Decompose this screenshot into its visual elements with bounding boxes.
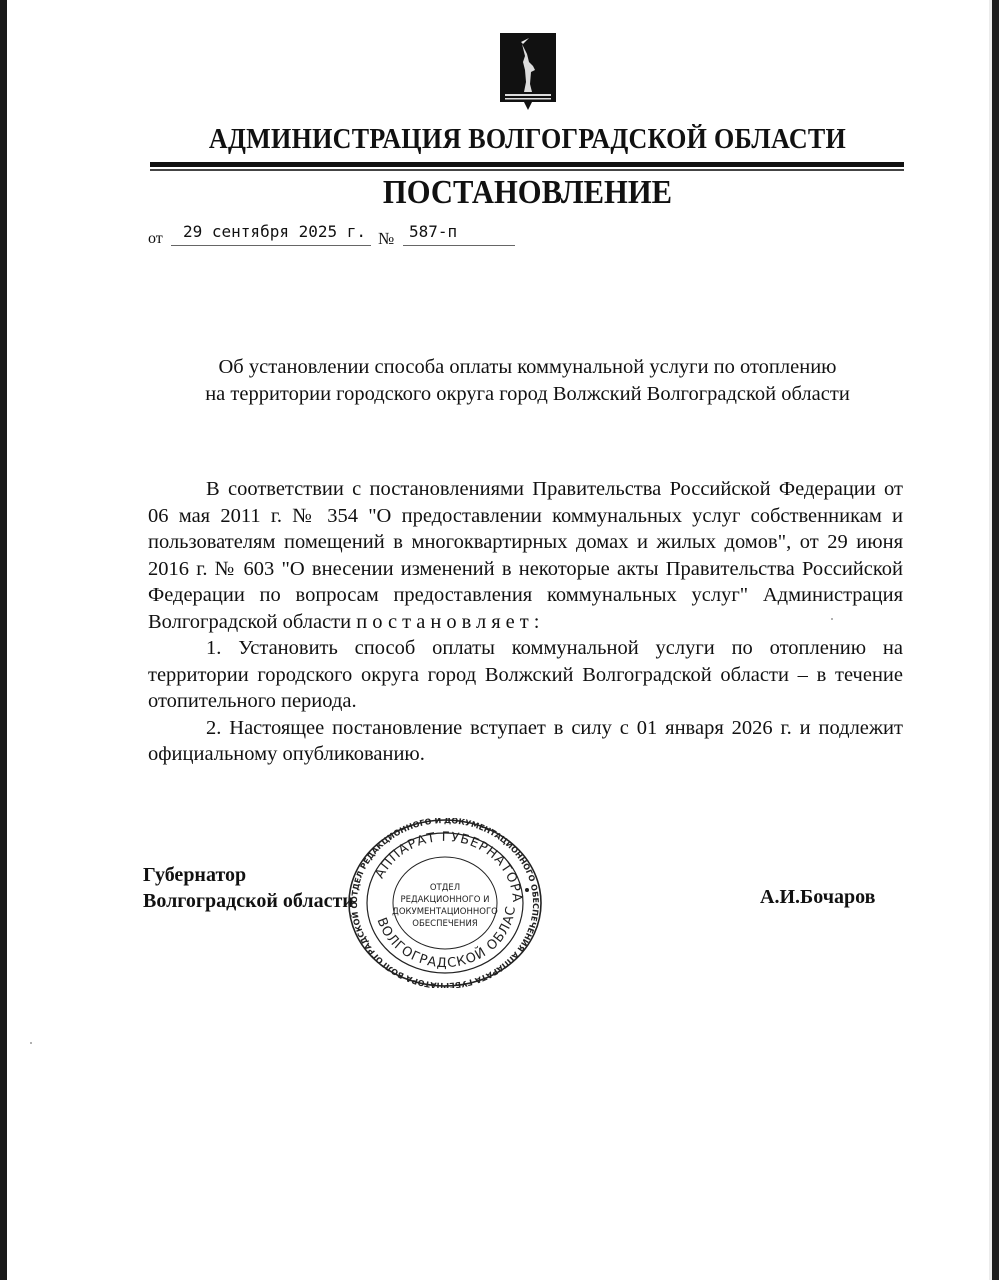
document-number: 587-п — [403, 222, 515, 246]
organization-title: АДМИНИСТРАЦИЯ ВОЛГОГРАДСКОЙ ОБЛАСТИ — [176, 124, 878, 156]
stamp-center-line-3: ДОКУМЕНТАЦИОННОГО — [392, 907, 498, 917]
signatory-title-line-2: Волгоградской области — [143, 888, 354, 914]
date-prefix: от — [148, 230, 163, 248]
number-sign: № — [378, 229, 394, 249]
preamble-text: В соответствии с постановлениями Правите… — [148, 478, 903, 633]
document-subject: Об установлении способа оплаты коммуналь… — [150, 354, 905, 408]
item-2: 2. Настоящее постановление вступает в си… — [148, 715, 903, 768]
document-type: ПОСТАНОВЛЕНИЕ — [188, 174, 868, 212]
official-stamp: ОТДЕЛ РЕДАКЦИОННОГО И ДОКУМЕНТАЦИОННОГО … — [345, 818, 545, 988]
document-body: В соответствии с постановлениями Правите… — [148, 476, 903, 768]
header-rule-thin — [150, 169, 904, 171]
scan-speck — [30, 1042, 32, 1044]
header-rule-thick — [150, 162, 904, 167]
scan-edge-left — [0, 0, 7, 1280]
signatory-title: Губернатор Волгоградской области — [143, 862, 354, 914]
resolves-text: постановляет: — [356, 611, 544, 633]
coat-of-arms-icon — [499, 32, 557, 112]
preamble-paragraph: В соответствии с постановлениями Правите… — [148, 476, 903, 635]
stamp-center-line-4: ОБЕСПЕЧЕНИЯ — [412, 919, 478, 929]
stamp-center-line-1: ОТДЕЛ — [430, 883, 460, 893]
signatory-name: А.И.Бочаров — [760, 886, 875, 909]
scan-speck — [831, 618, 833, 620]
scan-edge-right — [992, 0, 999, 1280]
subject-line-2: на территории городского округа город Во… — [150, 381, 905, 408]
item-1: 1. Установить способ оплаты коммунальной… — [148, 635, 903, 715]
stamp-center-line-2: РЕДАКЦИОННОГО И — [400, 895, 489, 905]
document-date: 29 сентября 2025 г. — [171, 222, 371, 246]
subject-line-1: Об установлении способа оплаты коммуналь… — [150, 354, 905, 381]
signatory-title-line-1: Губернатор — [143, 862, 354, 888]
